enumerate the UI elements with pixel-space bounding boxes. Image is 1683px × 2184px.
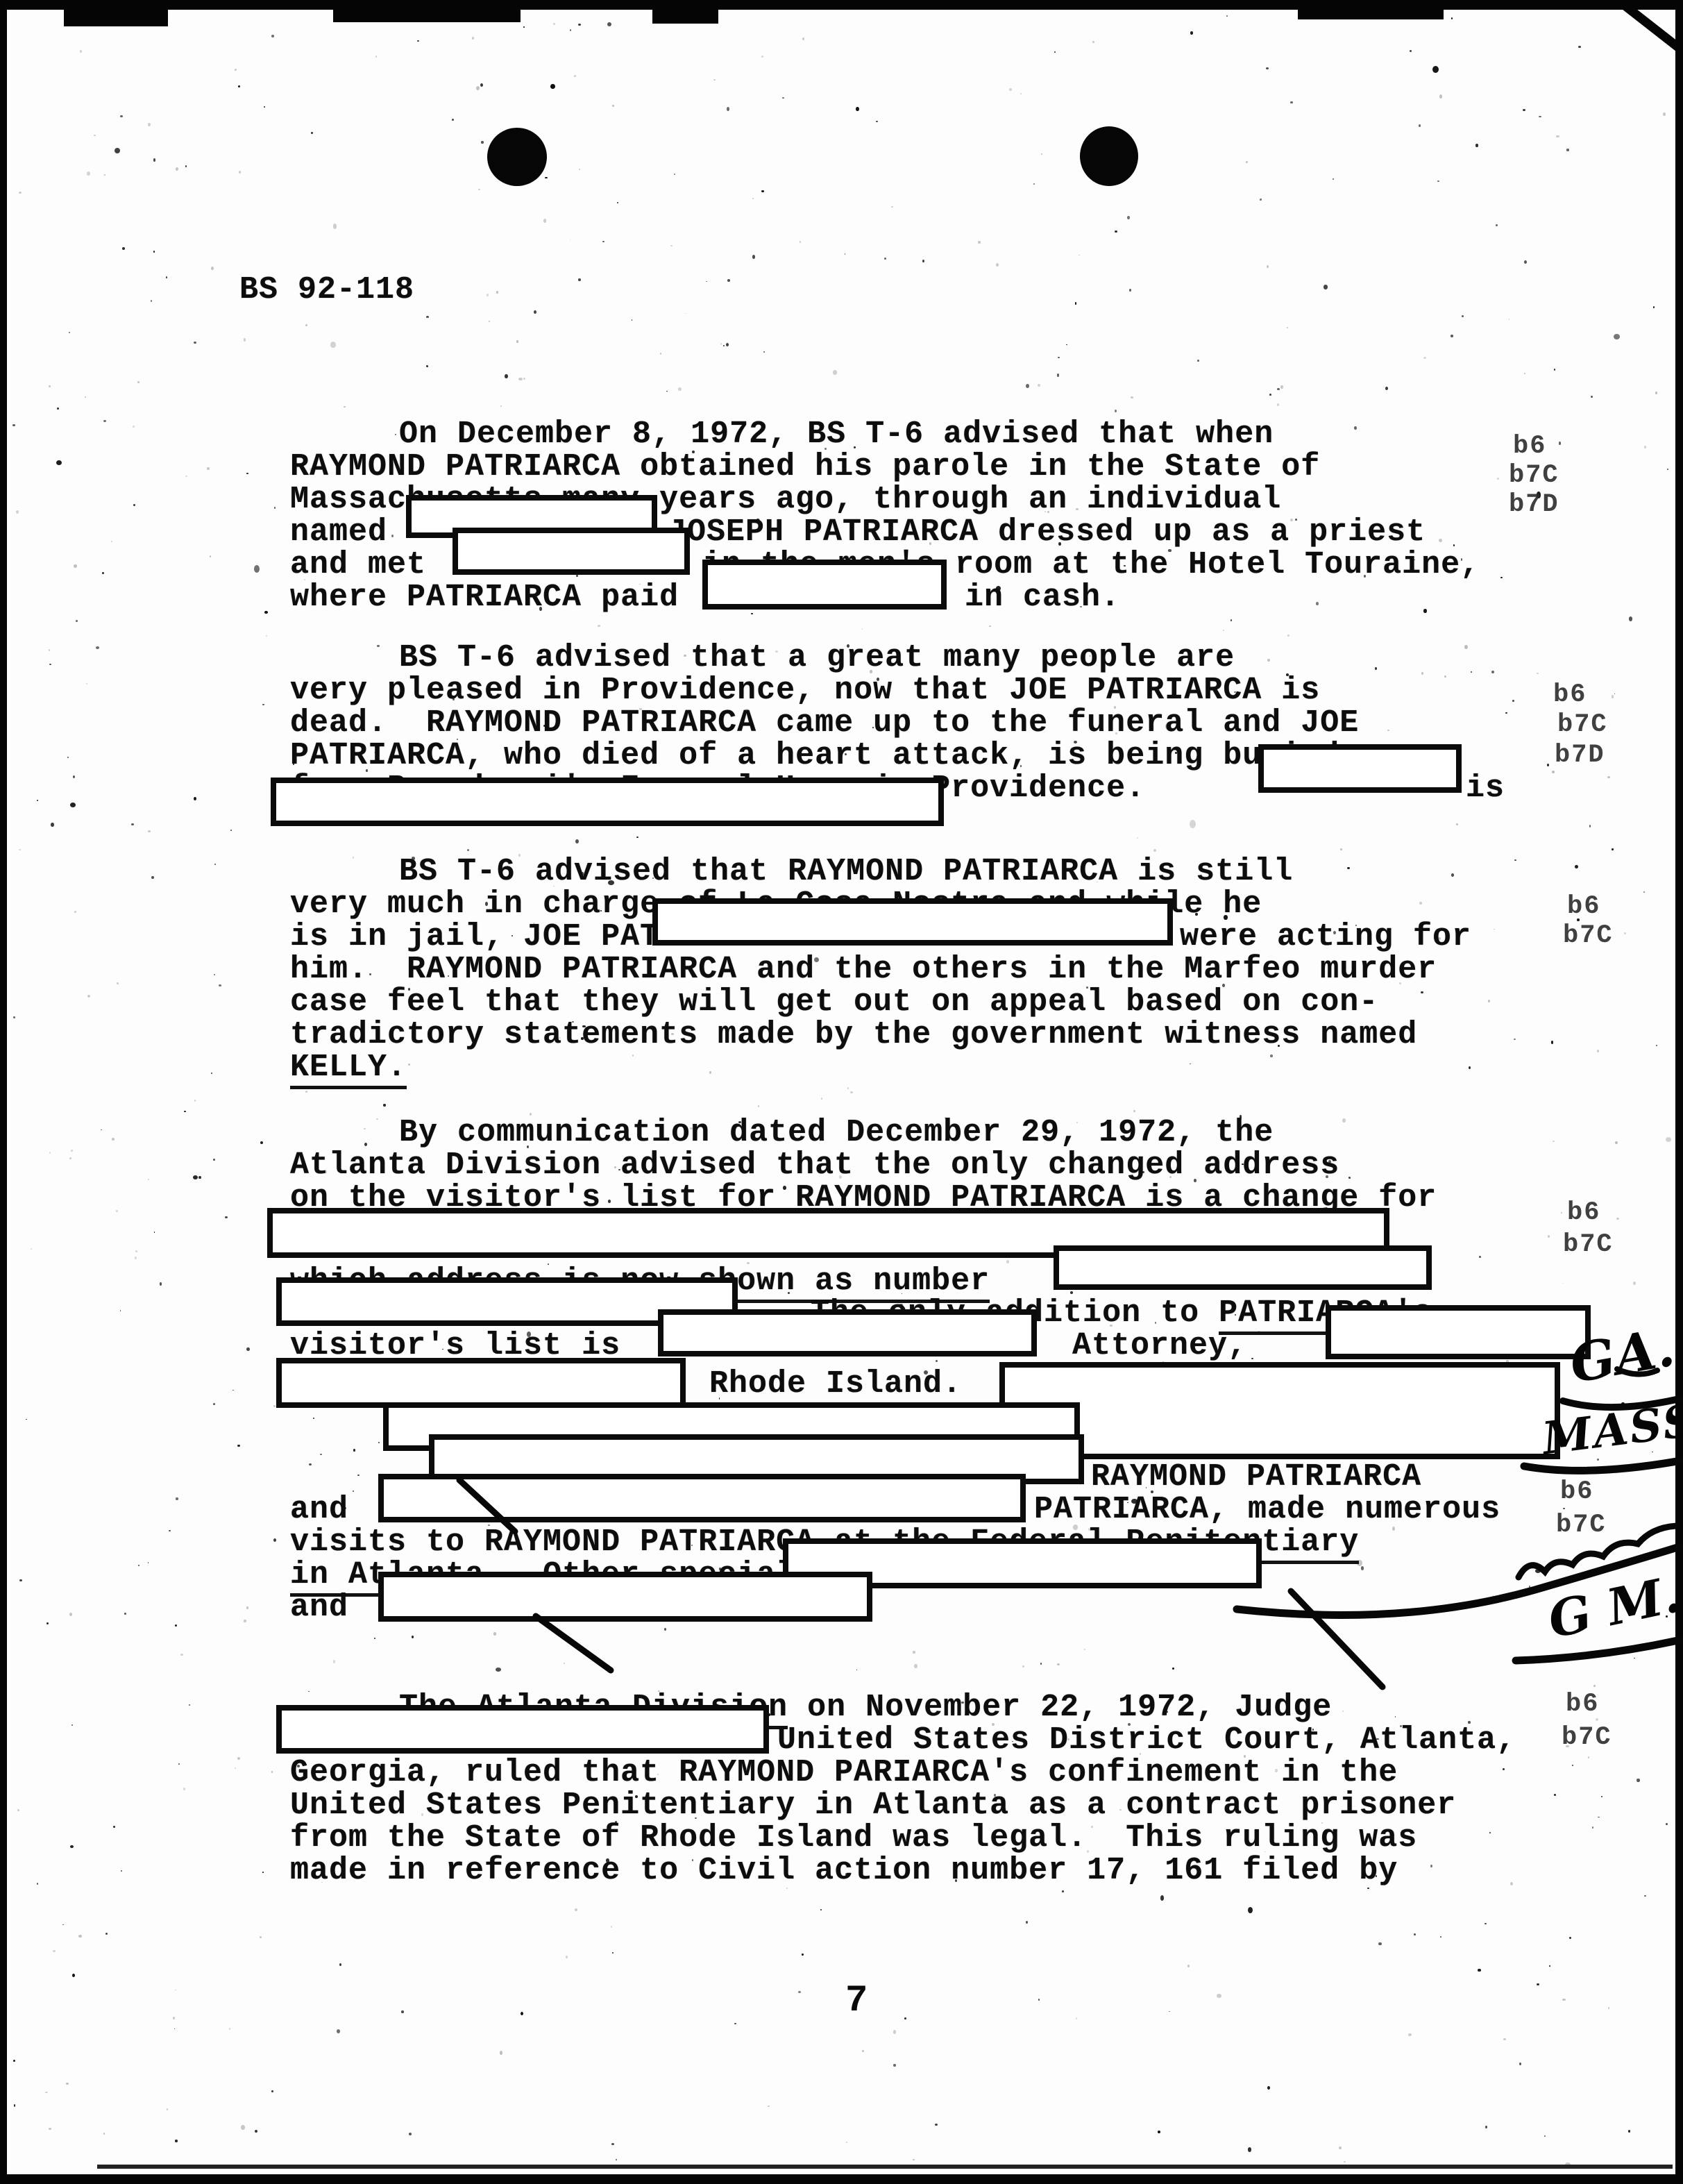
noise-speck [481,141,484,143]
noise-speck [67,757,69,758]
noise-speck [1556,135,1559,137]
noise-speck [752,198,754,199]
noise-speck [1267,2086,1270,2090]
redaction-box [702,560,947,610]
noise-speck [487,294,489,296]
text-line: RAYMOND PATRIARCA obtained his parole in… [290,449,1320,485]
noise-speck [726,343,729,346]
noise-speck [612,1952,614,1954]
noise-speck [1624,932,1625,934]
noise-speck [87,995,90,998]
noise-speck [1153,849,1156,852]
noise-speck [800,241,802,242]
text-line: were acting for [1180,919,1471,955]
noise-speck [1509,319,1510,320]
noise-speck [185,476,187,478]
noise-speck [73,775,75,778]
noise-speck [262,1872,264,1873]
text-line: Georgia, ruled that RAYMOND PARIARCA's c… [290,1755,1398,1790]
noise-speck [194,342,196,344]
noise-speck [1378,1942,1381,1945]
noise-speck [850,1091,853,1093]
noise-speck [1667,469,1668,470]
noise-speck [1009,88,1012,90]
noise-speck [69,332,70,333]
noise-speck [1485,2126,1487,2128]
noise-speck [1572,1765,1573,1766]
noise-speck [232,1390,234,1391]
noise-speck [237,1757,240,1760]
file-number: BS 92-118 [239,272,414,308]
noise-speck [237,1445,239,1447]
noise-speck [1137,837,1138,839]
noise-speck [274,507,276,508]
text-line: KELLY. [290,1050,407,1085]
noise-speck [1524,260,1527,264]
noise-speck [49,2128,51,2130]
noise-speck [1637,1779,1639,1782]
noise-speck [1469,1066,1471,1069]
noise-speck [175,1624,176,1627]
noise-speck [1062,1890,1065,1892]
noise-speck [1451,873,1454,877]
noise-speck [1500,577,1503,579]
noise-speck [375,56,377,58]
scan-edge-top-patch [333,8,521,22]
noise-speck [271,35,274,37]
noise-speck [1608,2007,1609,2009]
noise-speck [1597,1050,1599,1052]
noise-speck [862,628,863,630]
noise-speck [798,1991,801,1993]
text-line: Atlanta Division advised that the only c… [290,1148,1339,1183]
redaction-box [1054,1245,1432,1290]
noise-speck [426,316,429,318]
noise-speck [706,281,707,283]
noise-speck [305,1091,307,1093]
noise-speck [607,22,611,26]
noise-speck [1563,1283,1564,1284]
noise-speck [1589,825,1591,827]
noise-speck [1612,695,1614,698]
noise-speck [1512,700,1514,702]
noise-speck [1440,1936,1441,1938]
noise-speck [467,849,469,851]
noise-speck [46,1622,49,1624]
noise-speck [353,857,354,859]
noise-speck [1020,93,1022,94]
punch-hole [1080,126,1138,186]
noise-speck [1169,2011,1170,2012]
text-line: made in reference to Civil action number… [290,1853,1398,1888]
noise-speck [111,541,112,542]
noise-speck [120,1310,121,1311]
noise-speck [308,1691,310,1692]
noise-speck [238,85,240,88]
noise-speck [1277,403,1279,406]
noise-speck [802,1954,803,1956]
noise-speck [833,370,837,375]
noise-speck [564,1663,565,1664]
noise-speck [1131,396,1133,398]
redaction-box [276,1358,686,1408]
noise-speck [1614,334,1620,339]
noise-speck [210,555,211,557]
noise-speck [137,381,139,383]
noise-speck [19,1579,22,1581]
noise-speck [153,158,155,162]
noise-speck [176,1497,178,1500]
noise-speck [320,1454,321,1455]
noise-speck [763,351,765,352]
noise-speck [1344,2161,1346,2162]
text-line: JOSEPH PATRIARCA dressed up as a priest [668,514,1426,550]
noise-speck [1226,15,1228,17]
noise-speck [417,40,418,42]
noise-speck [246,473,248,474]
noise-speck [264,106,265,108]
noise-speck [575,839,579,843]
noise-speck [611,1926,612,1927]
noise-speck [1423,357,1426,359]
noise-speck [364,1128,366,1130]
noise-speck [74,911,76,913]
noise-speck [357,1475,360,1476]
noise-speck [87,171,90,176]
exemption-code: b6 [1566,1690,1599,1719]
noise-speck [103,420,106,422]
noise-speck [709,1071,712,1074]
noise-speck [309,1463,312,1465]
exemption-code: b7D [1509,490,1559,519]
noise-speck [1006,1260,1009,1263]
noise-speck [135,1250,137,1252]
noise-speck [1612,848,1614,850]
noise-speck [131,823,133,825]
noise-speck [122,247,125,250]
noise-speck [1248,2147,1252,2152]
noise-speck [1348,1177,1351,1179]
text-line: and met [290,547,426,582]
noise-speck [66,2083,69,2085]
noise-speck [71,1724,74,1726]
noise-speck [244,338,246,341]
noise-speck [521,2012,523,2015]
noise-speck [936,1360,938,1362]
noise-speck [579,169,580,169]
text-line: PATRIARCA, who died of a heart attack, i… [290,738,1339,773]
noise-speck [821,1098,822,1100]
noise-speck [1266,67,1269,69]
noise-speck [1277,388,1280,390]
noise-speck [103,2133,105,2135]
text-line: is [1466,771,1505,806]
noise-speck [670,245,673,246]
noise-speck [1496,224,1498,226]
text-line: where PATRIARCA paid [290,580,679,615]
noise-speck [1190,820,1196,828]
noise-speck [761,190,763,192]
noise-speck [1267,265,1269,268]
noise-speck [1643,891,1645,893]
noise-speck [904,2017,907,2019]
noise-speck [876,121,877,122]
noise-speck [1057,373,1060,376]
noise-speck [476,86,480,90]
noise-speck [185,165,187,167]
noise-speck [1246,161,1248,163]
noise-speck [1663,112,1666,116]
text-line: from the State of Rhode Island was legal… [290,1820,1417,1856]
text-line: dead. RAYMOND PATRIARCA came up to the f… [290,705,1359,741]
noise-speck [1554,369,1555,371]
redaction-box [276,1705,769,1754]
noise-speck [214,864,216,865]
noise-speck [1491,671,1494,673]
noise-speck [578,24,581,26]
noise-speck [1129,289,1132,292]
noise-speck [1566,149,1569,151]
noise-speck [678,387,681,391]
noise-speck [856,1670,858,1670]
noise-speck [246,1606,248,1608]
noise-speck [1115,410,1117,412]
noise-speck [1041,153,1042,155]
noise-speck [194,797,196,800]
noise-speck [1503,2038,1506,2040]
noise-speck [148,830,151,833]
noise-speck [313,1418,314,1420]
text-line: named [290,514,387,550]
noise-speck [1569,1937,1571,1939]
noise-speck [53,1950,56,1952]
noise-speck [173,2017,175,2019]
noise-speck [116,1210,118,1211]
noise-speck [496,291,498,294]
noise-speck [1629,616,1632,621]
noise-speck [271,1771,273,1772]
noise-speck [1057,1663,1059,1665]
noise-speck [598,625,600,627]
noise-speck [616,2159,617,2160]
noise-speck [1593,1685,1595,1687]
noise-speck [1488,1000,1491,1002]
noise-speck [180,1654,183,1656]
noise-speck [632,1055,634,1056]
noise-speck [1267,659,1269,662]
noise-speck [1601,1796,1602,1797]
noise-speck [160,1282,162,1286]
noise-speck [1269,394,1272,396]
noise-speck [1430,1865,1432,1867]
noise-speck [148,1179,149,1180]
noise-speck [260,1936,262,1938]
noise-speck [1535,1569,1541,1573]
exemption-code: b6 [1560,1477,1593,1506]
noise-speck [96,646,99,649]
redaction-box [378,1572,872,1622]
noise-speck [713,79,716,81]
noise-speck [891,206,893,208]
noise-speck [244,1620,246,1623]
noise-speck [1451,335,1453,337]
noise-speck [553,23,555,25]
noise-speck [1464,645,1467,649]
noise-speck [1561,1212,1563,1213]
noise-speck [175,1990,176,1991]
noise-speck [1588,1756,1589,1758]
noise-speck [1559,442,1561,444]
noise-speck [523,26,525,28]
noise-speck [1033,183,1035,185]
noise-speck [57,408,58,410]
noise-speck [893,2030,896,2034]
noise-speck [574,75,576,77]
noise-speck [49,1152,51,1154]
noise-speck [211,1073,212,1074]
text-line: On December 8, 1972, BS T-6 advised that… [399,417,1274,452]
noise-speck [135,1257,137,1259]
noise-speck [734,2023,736,2024]
noise-speck [1614,694,1616,694]
noise-speck [1494,929,1495,930]
noise-speck [1644,1895,1646,1897]
noise-speck [545,177,548,179]
noise-speck [480,83,483,87]
noise-speck [1323,285,1328,289]
noise-speck [19,849,21,851]
noise-speck [14,2104,15,2106]
noise-speck [820,1909,822,1911]
noise-speck [113,1826,115,1828]
noise-speck [166,276,168,278]
scan-edge-top-patch [652,7,718,24]
noise-speck [311,132,313,134]
noise-speck [153,251,155,253]
noise-speck [184,1111,186,1112]
noise-speck [1591,396,1592,398]
noise-speck [266,635,267,637]
noise-speck [49,664,51,665]
noise-speck [1634,1658,1635,1658]
noise-speck [1597,1459,1599,1461]
noise-speck [1485,1923,1487,1924]
noise-speck [401,2010,403,2013]
noise-speck [1248,1907,1253,1913]
noise-speck [426,365,428,367]
noise-speck [1385,387,1388,390]
noise-speck [105,1933,108,1935]
noise-speck [112,1138,115,1141]
noise-speck [1553,1141,1555,1142]
noise-speck [472,37,474,40]
noise-speck [1615,1141,1618,1145]
exemption-code: b7C [1563,921,1614,950]
text-line: very pleased in Providence, now that JOE… [290,673,1320,708]
noise-speck [612,105,614,107]
noise-speck [1563,1508,1564,1509]
noise-speck [207,467,210,470]
noise-speck [1423,609,1426,612]
noise-speck [1547,764,1549,766]
noise-speck [193,1175,198,1179]
text-line: tradictory statements made by the govern… [290,1017,1417,1052]
noise-speck [1607,776,1610,779]
noise-speck [262,704,264,705]
punch-hole [487,128,547,186]
noise-speck [1503,1768,1505,1771]
noise-speck [1523,109,1525,111]
noise-speck [154,1232,155,1233]
noise-speck [1439,94,1442,98]
noise-speck [1493,1595,1494,1597]
text-line: case feel that they will get out on appe… [290,984,1378,1020]
noise-speck [845,253,846,255]
text-line: United States District Court, Atlanta, [777,1722,1516,1758]
noise-speck [914,1664,917,1668]
noise-speck [1666,1823,1668,1825]
noise-speck [273,1538,276,1542]
noise-speck [49,385,50,387]
noise-speck [922,260,924,262]
noise-speck [1437,180,1439,182]
noise-speck [856,107,859,111]
noise-speck [183,1788,186,1790]
text-line: and [290,1590,348,1625]
noise-speck [1562,1999,1565,2001]
text-line: Attorney, [1072,1328,1247,1363]
noise-speck [1552,771,1555,773]
noise-speck [213,1159,215,1161]
noise-speck [71,1150,73,1151]
noise-speck [884,258,886,260]
noise-speck [1462,315,1464,317]
noise-speck [412,1636,414,1638]
noise-speck [13,2060,15,2062]
noise-speck [337,2029,340,2033]
noise-speck [1342,1711,1344,1712]
text-line: Rhode Island. [709,1366,962,1402]
noise-speck [1510,1882,1513,1885]
noise-speck [1040,1663,1042,1665]
noise-speck [176,167,178,171]
noise-speck [175,2140,178,2142]
noise-speck [246,1347,249,1351]
noise-speck [409,2133,412,2135]
noise-speck [1339,2147,1342,2149]
noise-speck [550,84,555,89]
noise-speck [69,1157,71,1159]
scan-edge-left [0,0,7,2184]
noise-speck [534,310,536,314]
text-line: BS T-6 advised that RAYMOND PATRIARCA is… [399,854,1293,889]
noise-speck [847,1087,849,1089]
noise-speck [570,240,571,240]
noise-speck [80,50,82,53]
redaction-box [658,1309,1037,1356]
text-line: BS T-6 advised that a great many people … [399,640,1235,675]
noise-speck [353,1490,354,1492]
noise-speck [120,115,123,117]
noise-speck [666,391,668,392]
noise-speck [333,1660,336,1663]
noise-speck [660,353,661,355]
noise-speck [1076,2017,1077,2019]
noise-speck [1419,124,1421,128]
noise-speck [1575,865,1578,868]
noise-speck [225,1216,228,1218]
noise-speck [723,345,725,346]
